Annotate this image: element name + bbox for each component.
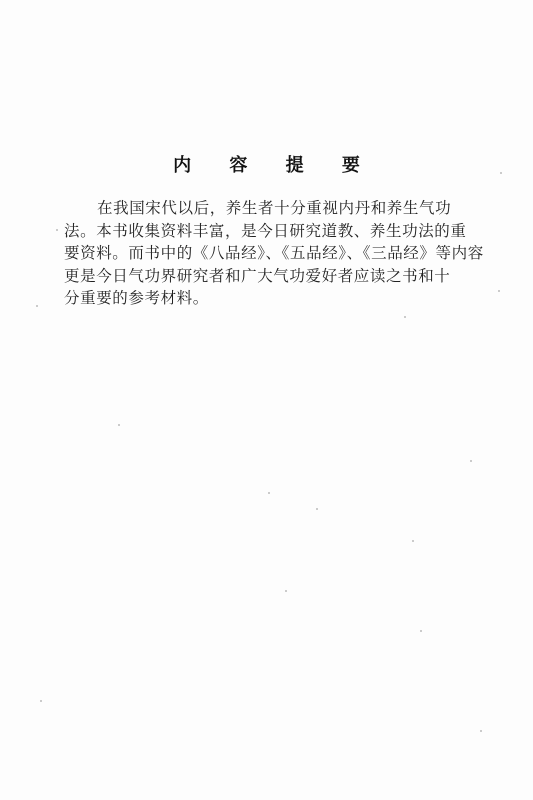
scan-speck xyxy=(40,700,42,702)
scan-speck xyxy=(420,630,422,632)
scan-speck xyxy=(268,492,270,494)
scan-speck xyxy=(316,508,318,510)
scan-speck xyxy=(285,590,287,592)
paragraph-line: 在我国宋代以后，养生者十分重视内丹和养生气功 xyxy=(64,197,456,220)
scan-speck xyxy=(500,172,502,174)
scan-speck xyxy=(36,305,38,307)
paragraph-line: 分重要的参考材料。 xyxy=(64,287,456,310)
paragraph-line: 更是今日气功界研究者和广大气功爱好者应读之书和十 xyxy=(64,265,456,288)
scan-speck xyxy=(404,316,406,318)
paragraph-line: 要资料。而书中的《八品经》、《五品经》、《三品经》等内容 xyxy=(64,242,456,265)
scan-speck xyxy=(480,730,482,732)
scan-speck xyxy=(470,460,472,462)
paragraph-line: 法。本书收集资料丰富，是今日研究道教、养生功法的重 xyxy=(64,220,456,243)
summary-paragraph: 在我国宋代以后，养生者十分重视内丹和养生气功 法。本书收集资料丰富，是今日研究道… xyxy=(64,197,456,310)
scan-speck xyxy=(56,229,58,231)
page-title: 内 容 提 要 xyxy=(0,151,533,177)
scan-speck xyxy=(118,424,120,426)
scan-speck xyxy=(412,540,414,542)
document-page: 内 容 提 要 在我国宋代以后，养生者十分重视内丹和养生气功 法。本书收集资料丰… xyxy=(0,0,533,800)
scan-speck xyxy=(498,290,500,292)
